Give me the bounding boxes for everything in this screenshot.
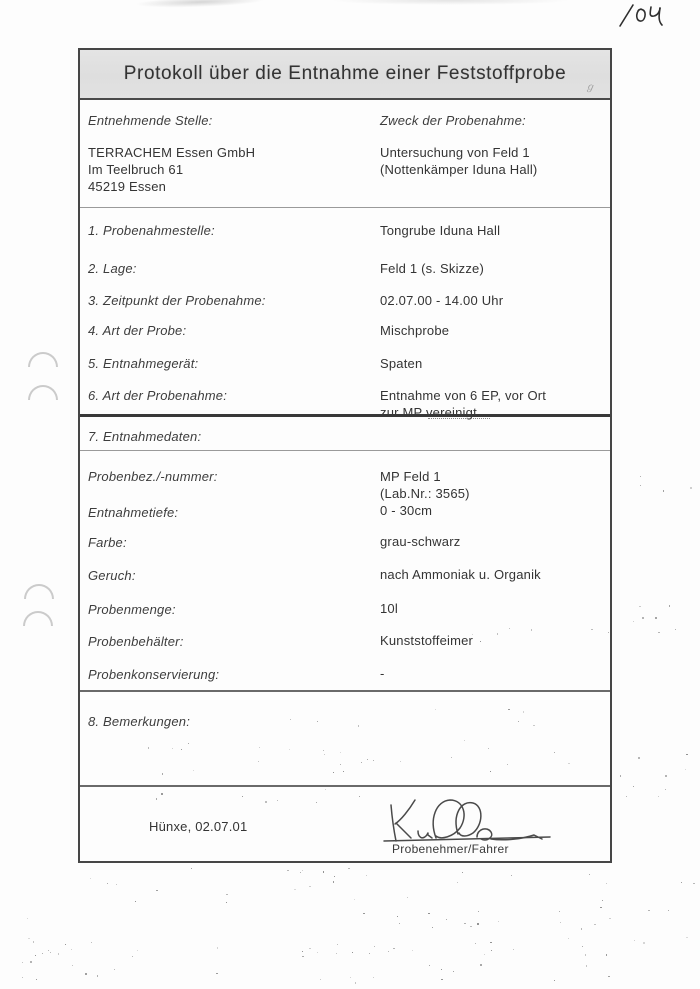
probenmenge-value: 10l — [380, 600, 398, 617]
probenkonservierung-label: Probenkonservierung: — [88, 666, 219, 683]
form-title-bar: Protokoll über die Entnahme einer Festst… — [80, 50, 610, 100]
divider-section8-top — [80, 690, 610, 692]
section7-heading: 7. Entnahmedaten: — [88, 428, 201, 445]
scanned-document-page: { "page": { "handwritten_number": "104" … — [0, 0, 700, 989]
probenkonservierung-value: - — [380, 665, 385, 682]
item-5-label: 5. Entnahmegerät: — [88, 355, 198, 372]
signature-scribble — [382, 795, 554, 845]
form-title: Protokoll über die Entnahme einer Festst… — [124, 63, 566, 85]
hole-punch-mark — [28, 352, 58, 367]
item-6-label: 6. Art der Probenahme: — [88, 387, 227, 404]
label-zweck-der-probenahme: Zweck der Probenahme: — [380, 112, 526, 129]
item-2-value: Feld 1 (s. Skizze) — [380, 260, 484, 277]
item-1-label: 1. Probenahmestelle: — [88, 222, 215, 239]
divider-footer-top — [80, 785, 610, 787]
divider-section7-top — [80, 414, 610, 417]
probenbez-value: MP Feld 1 (Lab.Nr.: 3565) — [380, 468, 470, 502]
purpose-text: Untersuchung von Feld 1 (Nottenkämper Id… — [380, 144, 537, 178]
item-2-label: 2. Lage: — [88, 260, 137, 277]
probenbehaelter-value: Kunststoffeimer — [380, 632, 473, 649]
entnahmetiefe-label: Entnahmetiefe: — [88, 504, 178, 521]
place-date: Hünxe, 02.07.01 — [149, 818, 247, 835]
probenmenge-label: Probenmenge: — [88, 601, 176, 618]
org-address: TERRACHEM Essen GmbH Im Teelbruch 61 452… — [88, 144, 255, 195]
entnahmetiefe-value: 0 - 30cm — [380, 502, 432, 519]
farbe-value: grau-schwarz — [380, 533, 460, 550]
protocol-form: Protokoll über die Entnahme einer Festst… — [78, 48, 612, 863]
hole-punch-mark — [28, 385, 58, 400]
divider-section7-heading — [80, 450, 610, 451]
item-1-value: Tongrube Iduna Hall — [380, 222, 500, 239]
signature-role-label: Probenehmer/Fahrer — [392, 842, 509, 856]
geruch-label: Geruch: — [88, 567, 136, 584]
section8-heading: 8. Bemerkungen: — [88, 713, 190, 730]
item-3-value: 02.07.00 - 14.00 Uhr — [380, 292, 503, 309]
item-4-label: 4. Art der Probe: — [88, 322, 186, 339]
geruch-value: nach Ammoniak u. Organik — [380, 566, 541, 583]
handwritten-page-number — [616, 0, 670, 32]
scan-smudge-top-left — [135, 0, 265, 9]
farbe-label: Farbe: — [88, 534, 127, 551]
label-entnehmende-stelle: Entnehmende Stelle: — [88, 112, 213, 129]
scan-dotted-mark — [428, 418, 490, 419]
item-3-label: 3. Zeitpunkt der Probenahme: — [88, 292, 266, 309]
scan-smudge-top-center — [330, 0, 570, 5]
item-5-value: Spaten — [380, 355, 422, 372]
divider-header — [80, 207, 610, 208]
item-4-value: Mischprobe — [380, 322, 449, 339]
probenbez-label: Probenbez./-nummer: — [88, 468, 218, 485]
probenbehaelter-label: Probenbehälter: — [88, 633, 184, 650]
hole-punch-mark — [24, 584, 54, 599]
hole-punch-mark — [23, 611, 53, 626]
